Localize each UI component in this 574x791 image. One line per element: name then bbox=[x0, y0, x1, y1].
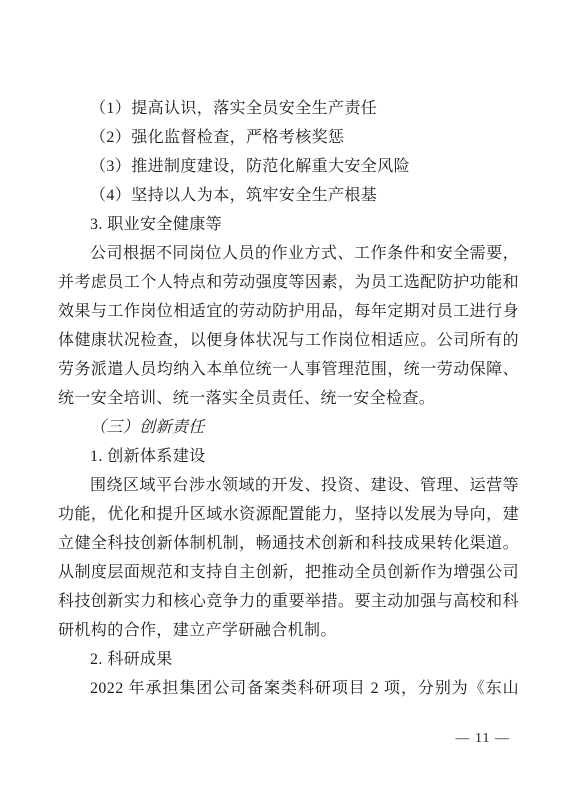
safety-list-item-2: （2）强化监督检查，严格考核奖惩 bbox=[58, 123, 519, 152]
sub-heading-research-results: 2. 科研成果 bbox=[58, 645, 519, 674]
paragraph-innovation-system: 围绕区域平台涉水领域的开发、投资、建设、管理、运营等功能，优化和提升区域水资源配… bbox=[58, 471, 519, 645]
safety-list-item-1: （1）提高认识，落实全员安全生产责任 bbox=[58, 94, 519, 123]
heading-occupational-safety: 3. 职业安全健康等 bbox=[58, 210, 519, 239]
document-body: （1）提高认识，落实全员安全生产责任 （2）强化监督检查，严格考核奖惩 （3）推… bbox=[58, 94, 519, 703]
sub-heading-innovation-system: 1. 创新体系建设 bbox=[58, 442, 519, 471]
page-number: — 11 — bbox=[456, 731, 510, 747]
section-heading-innovation: （三）创新责任 bbox=[58, 413, 519, 442]
safety-list-item-4: （4）坚持以人为本，筑牢安全生产根基 bbox=[58, 181, 519, 210]
document-page: （1）提高认识，落实全员安全生产责任 （2）强化监督检查，严格考核奖惩 （3）推… bbox=[0, 0, 574, 791]
paragraph-occupational-safety: 公司根据不同岗位人员的作业方式、工作条件和安全需要，并考虑员工个人特点和劳动强度… bbox=[58, 239, 519, 413]
paragraph-research-results: 2022 年承担集团公司备案类科研项目 2 项，分别为《东山 bbox=[58, 674, 519, 703]
safety-list-item-3: （3）推进制度建设，防范化解重大安全风险 bbox=[58, 152, 519, 181]
